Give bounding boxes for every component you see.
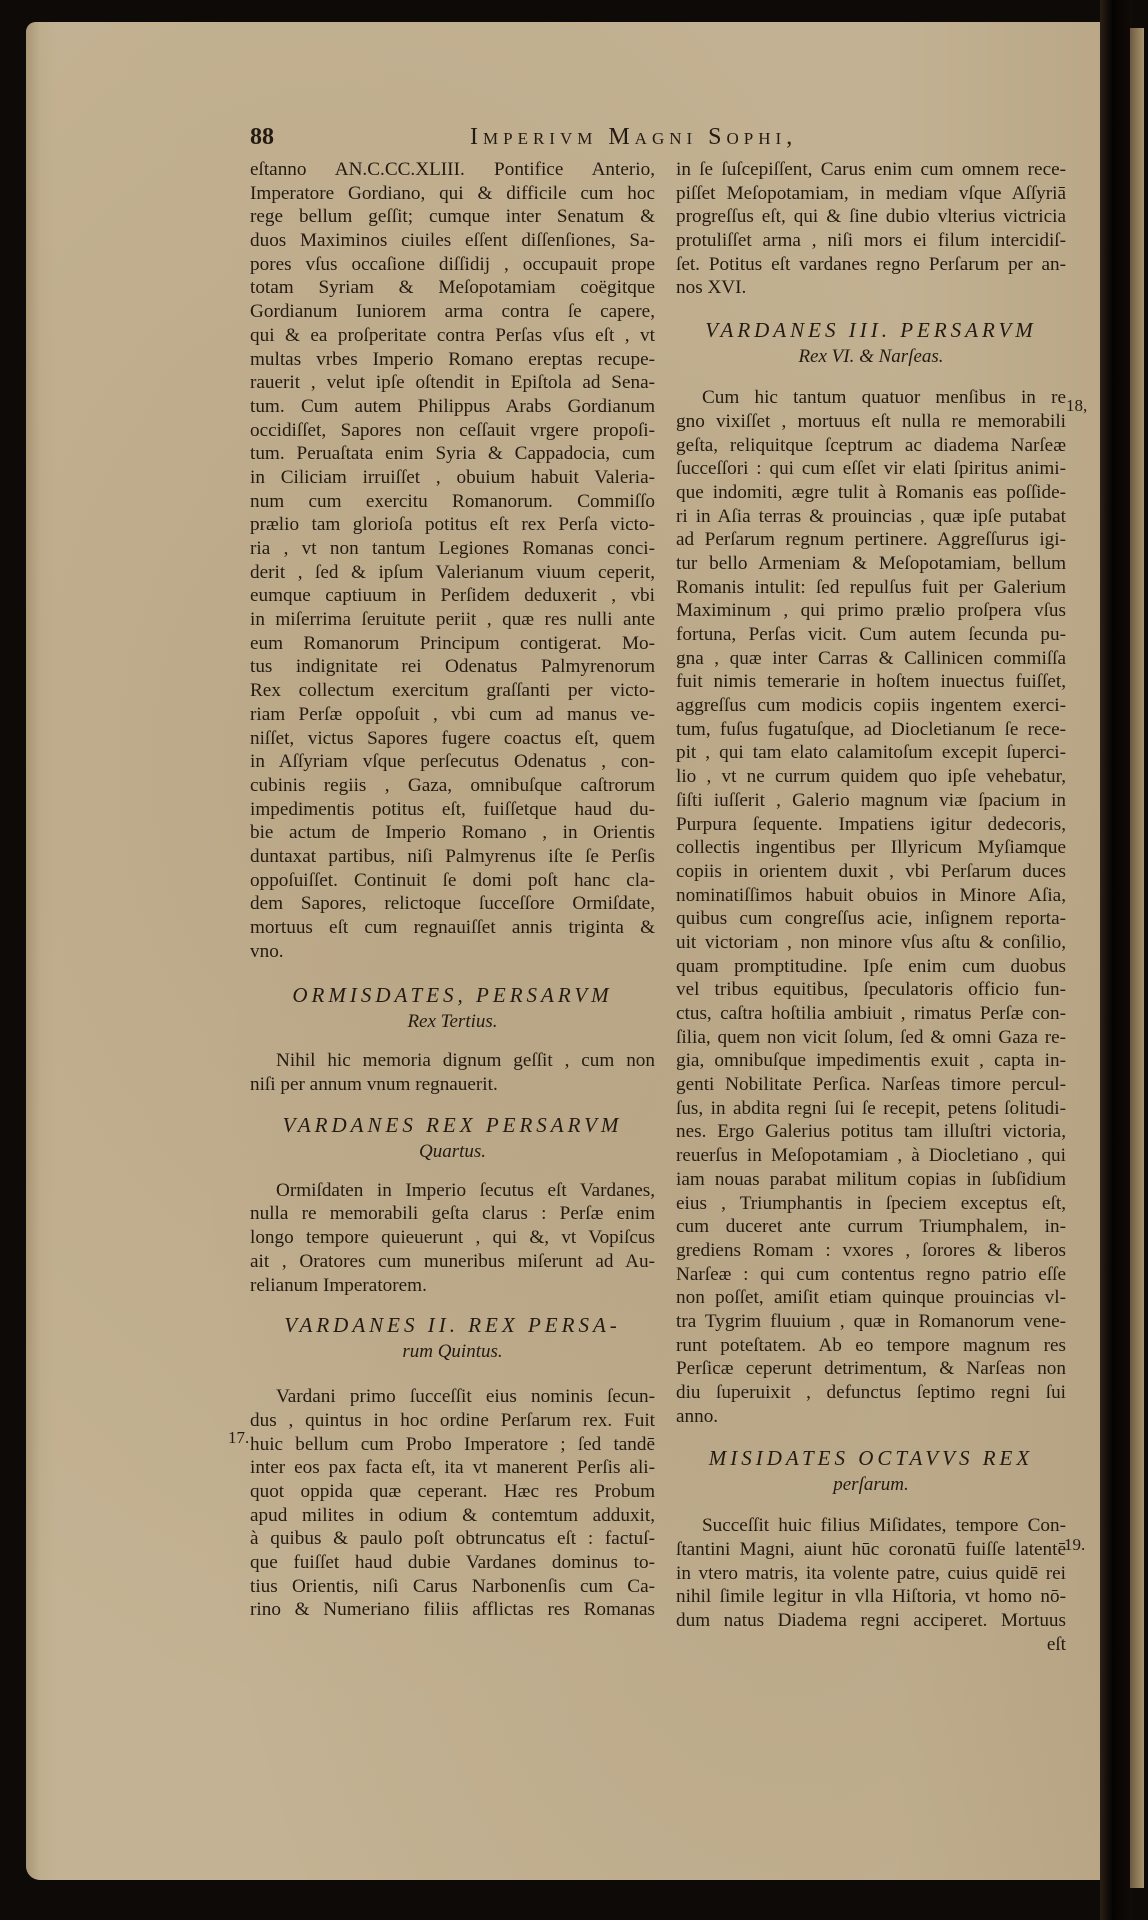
text-line: nes. Ergo Galerius potitus tam illuſtri … — [676, 1120, 1066, 1144]
section-heading-misidates: MISIDATES OCTAVVS REX — [676, 1444, 1066, 1472]
text-line: iam nouas parabat militum copias in ſubſ… — [676, 1168, 1066, 1192]
text-line: dem Sapores, relictoque ſucceſſore Ormiſ… — [250, 892, 655, 916]
section-subheading: Rex Tertius. — [250, 1009, 655, 1037]
facing-page-edge — [1130, 28, 1144, 1888]
text-line: eſtanno AN.C.CC.XLIII. Pontifice Anterio… — [250, 158, 655, 182]
text-line: tra Tygrim fluuium , quæ in Romanorum ve… — [676, 1310, 1066, 1334]
text-line: eum Romanorum Principum contigerat. Mo- — [250, 632, 655, 656]
section-heading-ormisdates: ORMISDATES, PERSARVM — [250, 981, 655, 1009]
text-line: ri in Aſia terras & prouincias , quæ ipſ… — [676, 505, 1066, 529]
text-line: que indomiti, ægre tulit à Romanis eas p… — [676, 481, 1066, 505]
spacer — [250, 1297, 655, 1311]
text-line: occidiſſet, Sapores non ceſſauit vrgere … — [250, 419, 655, 443]
text-line: Purpura ſequente. Impatiens igitur dedec… — [676, 813, 1066, 837]
text-line: eius , Triumphantis in ſpeciem exceptus … — [676, 1192, 1066, 1216]
text-line: vel tribus equitibus, ſpeculatoris offic… — [676, 978, 1066, 1002]
text-line: non poſſet, amiſit etiam quinque prouinc… — [676, 1286, 1066, 1310]
text-line: fuit nimis temerarie in hoſtem inuectus … — [676, 670, 1066, 694]
text-line: ſilia, quem non vicit ſolum, ſed & omni … — [676, 1026, 1066, 1050]
text-line: protuliſſet arma , niſi mors ei filum in… — [676, 229, 1066, 253]
text-line: Nihil hic memoria dignum geſſit , cum no… — [250, 1049, 655, 1073]
spacer — [250, 1167, 655, 1179]
text-line: ſet. Potitus eſt vardanes regno Perſarum… — [676, 253, 1066, 277]
text-line: gna , quæ inter Carras & Callinicen comm… — [676, 647, 1066, 671]
text-line: riam Perſæ oppoſuit , vbi cum ad manus v… — [250, 703, 655, 727]
spacer — [250, 1097, 655, 1111]
text-line: niſi per annum vnum regnauerit. — [250, 1073, 655, 1097]
text-line: ſiſti iuſſerit , Galerio magnum viæ ſpac… — [676, 789, 1066, 813]
section-subheading: Rex VI. & Narſeas. — [676, 344, 1066, 372]
text-line: geſta, reliquitque ſceptrum ac diadema N… — [676, 434, 1066, 458]
text-line: Gordianum Iuniorem arma contra ſe capere… — [250, 300, 655, 324]
margin-note-19: 19. — [1064, 1535, 1085, 1555]
text-line: diu ſuperuixit , defunctus ſeptimo regni… — [676, 1381, 1066, 1405]
text-line: uit victoriam , non minore vſus aſtu & c… — [676, 931, 1066, 955]
text-line: runt poteſtatem. Ab eo tempore magnum re… — [676, 1334, 1066, 1358]
text-line: nominatiſſimos habuit obuios in Minore A… — [676, 884, 1066, 908]
text-line: tum, fuſus fugatuſque, ad Diocletianum ſ… — [676, 718, 1066, 742]
section-heading-vardanes-ii: VARDANES II. REX PERSA- — [250, 1311, 655, 1339]
text-line: totam Syriam & Meſopotamiam coëgitque — [250, 276, 655, 300]
text-line: huic bellum cum Probo Imperatore ; ſed t… — [250, 1433, 655, 1457]
text-line: dum natus Diadema regni acciperet. Mortu… — [676, 1609, 1066, 1633]
text-line: in vtero matris, ita volente patre, cuiu… — [676, 1562, 1066, 1586]
text-line: rino & Numeriano filiis afflictas res Ro… — [250, 1598, 655, 1622]
text-line: prælio tam glorioſa potitus eſt rex Perſ… — [250, 513, 655, 537]
text-line: quot oppida quæ ceperant. Hæc res Probum — [250, 1480, 655, 1504]
text-line: ſtantini Magni, aiunt hūc coronatū fuiſſ… — [676, 1538, 1066, 1562]
margin-note-17: 17. — [228, 1428, 249, 1448]
running-head: 88 Imperivm Magni Sophi, — [250, 124, 1065, 154]
text-line: collectis ingentibus per Illyricum Myſia… — [676, 836, 1066, 860]
text-line: in Ciliciam irruiſſet , obuium habuit Va… — [250, 466, 655, 490]
section-subheading: rum Quintus. — [250, 1339, 655, 1367]
text-line: anno. — [676, 1405, 1066, 1429]
left-column: eſtanno AN.C.CC.XLIII. Pontifice Anterio… — [250, 158, 655, 1622]
text-line: nos XVI. — [676, 276, 1066, 300]
text-line: rege bellum geſſit; cumque inter Senatum… — [250, 205, 655, 229]
text-line: qui & ea proſperitate contra Perſas vſus… — [250, 324, 655, 348]
spacer — [676, 300, 1066, 316]
text-line: Rex collectum exercitum graſſanti per vi… — [250, 679, 655, 703]
text-line: tius Orientis, niſi Carus Narbonenſis cu… — [250, 1575, 655, 1599]
text-line: ſucceſſori : qui cum eſſet vir elati ſpi… — [676, 457, 1066, 481]
text-line: pit , qui tam elato calamitoſum excepit … — [676, 741, 1066, 765]
text-line: piſſet Meſopotamiam, in mediam vſque Aſſ… — [676, 182, 1066, 206]
text-line: rauerit , velut ipſe oſtendit in Epiſtol… — [250, 371, 655, 395]
text-line: Romanis intulit: ſed repulſus fuit per G… — [676, 576, 1066, 600]
text-line: Ormiſdaten in Imperio ſecutus eſt Vardan… — [250, 1179, 655, 1203]
text-line: relianum Imperatorem. — [250, 1274, 655, 1298]
text-line: in miſerrima ſeruitute periit , quæ res … — [250, 608, 655, 632]
text-line: inter eos pax facta eſt, ita vt manerent… — [250, 1456, 655, 1480]
text-line: dus , quintus in hoc ordine Perſarum rex… — [250, 1409, 655, 1433]
spacer — [250, 963, 655, 981]
text-line: gno vixiſſet , mortuus eſt nulla re memo… — [676, 410, 1066, 434]
text-line: Perſicæ ceperunt detrimentum, & Narſeas … — [676, 1357, 1066, 1381]
text-line: genti Nobilitate Perſica. Narſeas timore… — [676, 1073, 1066, 1097]
text-line: in ſe ſuſcepiſſent, Carus enim cum omnem… — [676, 158, 1066, 182]
text-line: ctus, caſtra hoſtilia ambiuit , rimatus … — [676, 1002, 1066, 1026]
text-line: tur bello Armeniam & Meſopotamiam, bellu… — [676, 552, 1066, 576]
margin-note-18: 18, — [1066, 396, 1087, 416]
right-column: in ſe ſuſcepiſſent, Carus enim cum omnem… — [676, 158, 1066, 1657]
text-line: tus indignitate rei Odenatus Palmyrenoru… — [250, 655, 655, 679]
text-line: quibus cum congreſſus acie, inſignem rep… — [676, 907, 1066, 931]
spacer — [676, 372, 1066, 386]
text-line: bie actum de Imperio Romano , in Orienti… — [250, 821, 655, 845]
spacer — [250, 1367, 655, 1385]
text-line: pores vſus occaſione diſſidij , occupaui… — [250, 253, 655, 277]
text-line: cubinis regiis , Gaza, omnibuſque caſtro… — [250, 774, 655, 798]
text-line: nulla re memorabili geſta clarus : Perſæ… — [250, 1202, 655, 1226]
text-line: apud milites in odium & contemtum adduxi… — [250, 1504, 655, 1528]
text-line: fortuna, Perſas vicit. Cum autem ſecunda… — [676, 623, 1066, 647]
text-line: ſus, in abdita regni ſui ſe recepit, pet… — [676, 1097, 1066, 1121]
left-paragraph-1: eſtanno AN.C.CC.XLIII. Pontifice Anterio… — [250, 158, 655, 963]
text-line: ait , Oratores cum muneribus miſerunt ad… — [250, 1250, 655, 1274]
text-line: eumque captiuum in Perſidem deduxerit , … — [250, 584, 655, 608]
text-line: quam promptitudine. Ipſe enim cum duobus — [676, 955, 1066, 979]
text-line: oppoſuiſſet. Continuit ſe domi poſt hanc… — [250, 869, 655, 893]
text-line: tum. Cum autem Philippus Arabs Gordianum — [250, 395, 655, 419]
text-line: num cum exercitu Romanorum. Commiſſo — [250, 490, 655, 514]
running-title: Imperivm Magni Sophi, — [470, 124, 797, 151]
text-line: copiis in orientem duxit , vbi Perſarum … — [676, 860, 1066, 884]
text-line: à quibus & paulo poſt obtruncatus eſt : … — [250, 1527, 655, 1551]
text-line: duntaxat partibus, niſi Palmyrenus iſte … — [250, 845, 655, 869]
text-line: vno. — [250, 940, 655, 964]
text-line: Imperatore Gordiano, qui & difficile cum… — [250, 182, 655, 206]
text-line: duos Maximinos ciuiles eſſent diſſenſion… — [250, 229, 655, 253]
spacer — [250, 1037, 655, 1049]
section-heading-vardanes: VARDANES REX PERSARVM — [250, 1111, 655, 1139]
section-heading-vardanes-iii: VARDANES III. PERSARVM — [676, 316, 1066, 344]
spacer — [676, 1500, 1066, 1514]
text-line: Vardani primo ſucceſſit eius nominis ſec… — [250, 1385, 655, 1409]
text-line: nihil ſimile legitur in vlla Hiſtoria, v… — [676, 1585, 1066, 1609]
book-gutter — [1100, 0, 1132, 1920]
text-line: multas vrbes Imperio Romano ereptas recu… — [250, 348, 655, 372]
text-line: Succeſſit huic filius Miſidates, tempore… — [676, 1514, 1066, 1538]
text-line: progreſſus eſt, qui & ſine dubio vlteriu… — [676, 205, 1066, 229]
text-line: gia, omnibuſque impedimentis exuit , cap… — [676, 1049, 1066, 1073]
section-subheading: Quartus. — [250, 1139, 655, 1167]
text-line: tum. Peruaſtata enim Syria & Cappadocia,… — [250, 442, 655, 466]
text-line: in Aſſyriam vſque perſecutus Odenatus , … — [250, 750, 655, 774]
text-line: ad Perſarum regnum pertinere. Aggreſſuru… — [676, 528, 1066, 552]
text-line: longo tempore quieuerunt , qui &, vt Vop… — [250, 1226, 655, 1250]
text-line: derit , ſed & ipſum Valerianum viuum cep… — [250, 561, 655, 585]
page-number: 88 — [250, 124, 274, 151]
text-line: reuerſus in Meſopotamiam , à Diocletiano… — [676, 1144, 1066, 1168]
text-line: ria , vt non tantum Legiones Romanas con… — [250, 537, 655, 561]
text-line: niſſet, victus Sapores fugere coactus eſ… — [250, 727, 655, 751]
text-line: cum duceret ante currum Triumphalem, in- — [676, 1215, 1066, 1239]
text-line: grediens Romam : vxores , ſorores & libe… — [676, 1239, 1066, 1263]
catchword: eſt — [676, 1633, 1066, 1657]
text-line: Cum hic tantum quatuor menſibus in re — [676, 386, 1066, 410]
text-line: lio , vt ne currum quidem quo ipſe veheb… — [676, 765, 1066, 789]
text-line: que fuiſſet haud dubie Vardanes dominus … — [250, 1551, 655, 1575]
section-subheading: perſarum. — [676, 1472, 1066, 1500]
text-line: aggreſſus cum modicis copiis ingentem ex… — [676, 694, 1066, 718]
text-line: impedimentis potitus eſt, fuiſſetque hau… — [250, 798, 655, 822]
spacer — [676, 1428, 1066, 1444]
text-line: mortuus eſt cum regnauiſſet annis trigin… — [250, 916, 655, 940]
text-line: Narſeæ : qui cum contentus regno patrio … — [676, 1263, 1066, 1287]
text-line: Maximinum , qui primo prælio proſpera vſ… — [676, 599, 1066, 623]
